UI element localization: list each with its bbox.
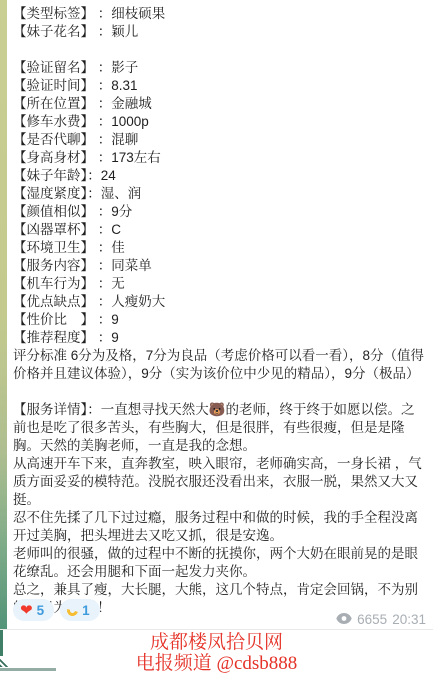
reaction-heart-button[interactable]: ❤ 5 <box>13 599 54 621</box>
message-time: 20:31 <box>392 612 426 627</box>
section-divider <box>0 629 433 630</box>
reaction-bar: ❤ 5 1 <box>13 599 100 621</box>
chat-wallpaper-strip <box>0 0 7 629</box>
views-eye-icon <box>336 612 352 627</box>
watermark-site-name: 成都楼凤拾贝网 <box>0 632 433 653</box>
message-info-fields: 【验证留名】 ：影子 【验证时间】 ：8.31 【所在位置】 ：金融城 【修车水… <box>13 59 426 383</box>
watermark-channel-handle: 电报频道 @cdsb888 <box>0 653 433 674</box>
telegram-post: 【类型标签】 ：细枝硕果 【妹子花名】 ：颖儿 【验证留名】 ：影子 【验证时间… <box>0 0 433 675</box>
heart-emoji: ❤ <box>20 603 33 618</box>
reaction-heart-count: 5 <box>37 603 45 618</box>
reaction-banana-button[interactable]: 1 <box>60 599 100 621</box>
banana-emoji <box>65 602 80 617</box>
message-header-fields: 【类型标签】 ：细枝硕果 【妹子花名】 ：颖儿 <box>13 5 426 41</box>
channel-watermark: 成都楼凤拾贝网 电报频道 @cdsb888 <box>0 632 433 674</box>
message-service-details: 【服务详情】：一直想寻找天然大🐻的老师，终于终于如愿以偿。之前也是吃了很多苦头，… <box>13 401 426 617</box>
views-count: 6655 <box>357 612 387 627</box>
reaction-banana-count: 1 <box>82 603 90 618</box>
message-meta: 6655 20:31 <box>336 612 426 627</box>
